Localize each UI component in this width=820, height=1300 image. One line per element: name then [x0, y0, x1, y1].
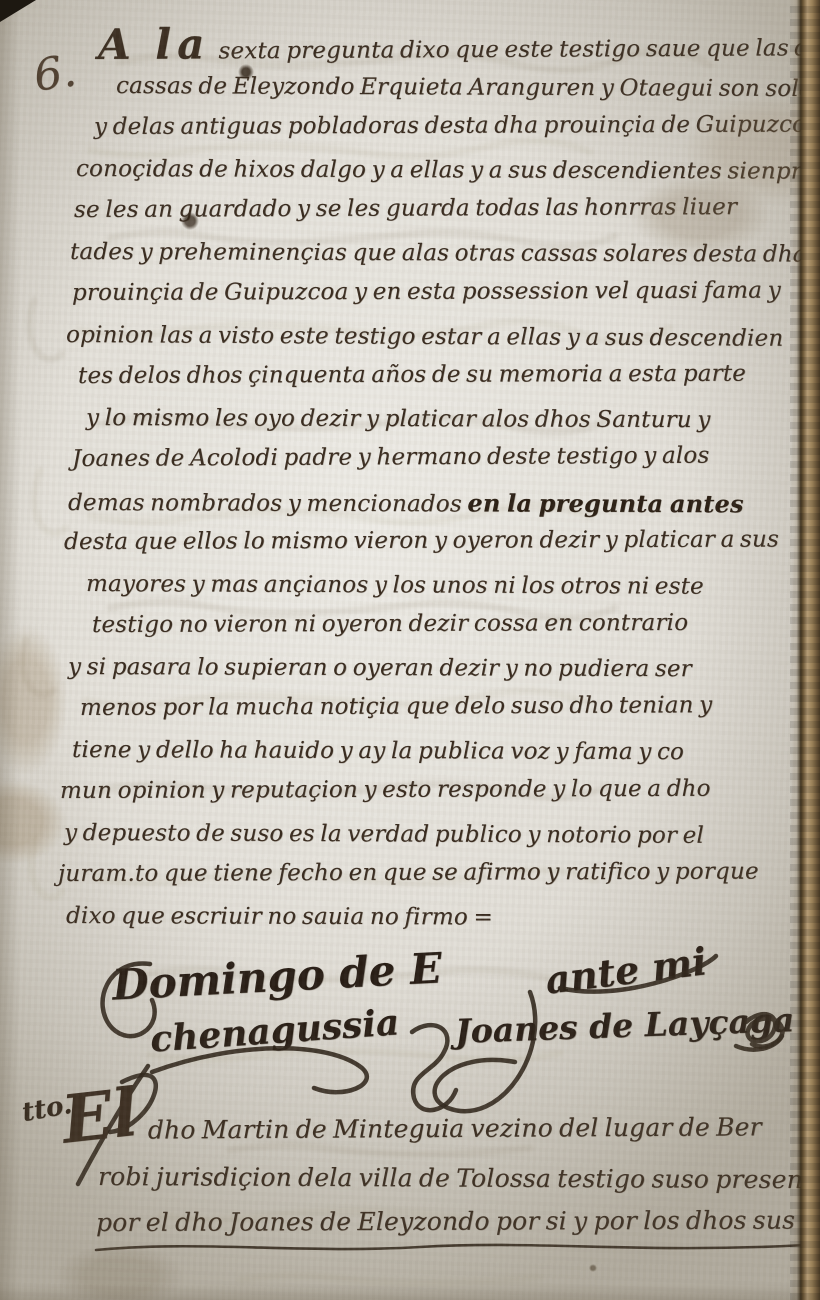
book-edge-right [790, 0, 820, 1300]
manuscript-line: demas nombrados y mencionados en la preg… [68, 481, 818, 525]
manuscript-line: A lasexta pregunta dixo que este testigo… [98, 20, 818, 65]
manuscript-line: testigo no vieron ni oyeron dezir cossa … [92, 602, 818, 646]
manuscript-line: se les an guardado y se les guarda todas… [74, 187, 818, 232]
page-edge-bottom [0, 1284, 820, 1300]
notary-ante-mi: ante mi [543, 938, 709, 1002]
manuscript-line: mayores y mas ançianos y los unos ni los… [86, 564, 818, 609]
opening-initial: A la [98, 19, 211, 69]
closing-initial-el: El [60, 1092, 140, 1140]
manuscript-line: mun opinion y reputaçion y esto responde… [60, 768, 818, 812]
emphasis-phrase: en la pregunta antes [467, 488, 743, 518]
manuscript-line: conoçidas de hixos dalgo y a ellas y a s… [76, 149, 818, 193]
witness-signature-line1: Domingo de E [111, 943, 443, 1009]
manuscript-line: y si pasara lo supieran o oyeran dezir y… [68, 647, 818, 691]
photo-corner-shadow [0, 0, 36, 22]
manuscript-line: y depuesto de suso es la verdad publico … [64, 813, 818, 858]
closing-line: robi jurisdiçion dela villa de Tolossa t… [98, 1154, 812, 1203]
manuscript-line: dixo que escriuir no sauia no firmo = [66, 896, 818, 940]
closing-line: Eldho Martin de Minteguia vezino del lug… [62, 1092, 812, 1154]
deposition-body: A lasexta pregunta dixo que este testigo… [58, 24, 818, 937]
witness-signature-line2: chenagussia [149, 1001, 401, 1060]
manuscript-line: juram.to que tiene fecho en que se afirm… [58, 851, 818, 895]
manuscript-line: Joanes de Acolodi padre y hermano deste … [72, 435, 818, 480]
closing-paragraph: Eldho Martin de Minteguia vezino del lug… [62, 1096, 812, 1246]
manuscript-line: y delas antiguas pobladoras desta dha pr… [94, 104, 818, 148]
manuscript-line: tes delos dhos çinquenta años de su memo… [78, 353, 818, 397]
manuscript-line: prouinçia de Guipuzcoa y en esta possess… [72, 270, 818, 314]
manuscript-line: tades y preheminençias que alas otras ca… [70, 232, 818, 276]
manuscript-line: cassas de Eleyzondo Erquieta Aranguren y… [116, 66, 818, 111]
closing-rule [0, 1236, 820, 1262]
page-edge-left [0, 0, 20, 1300]
manuscript-page: 6. A lasexta pregunta dixo que este test… [0, 0, 820, 1300]
manuscript-line: tiene y dello ha hauido y ay la publica … [72, 730, 818, 774]
manuscript-line: desta que ellos lo mismo vieron y oyeron… [64, 519, 818, 563]
manuscript-line: menos por la mucha notiçia que delo suso… [80, 685, 818, 730]
notary-signature-name: Joanes de Layçaga [454, 1000, 794, 1051]
